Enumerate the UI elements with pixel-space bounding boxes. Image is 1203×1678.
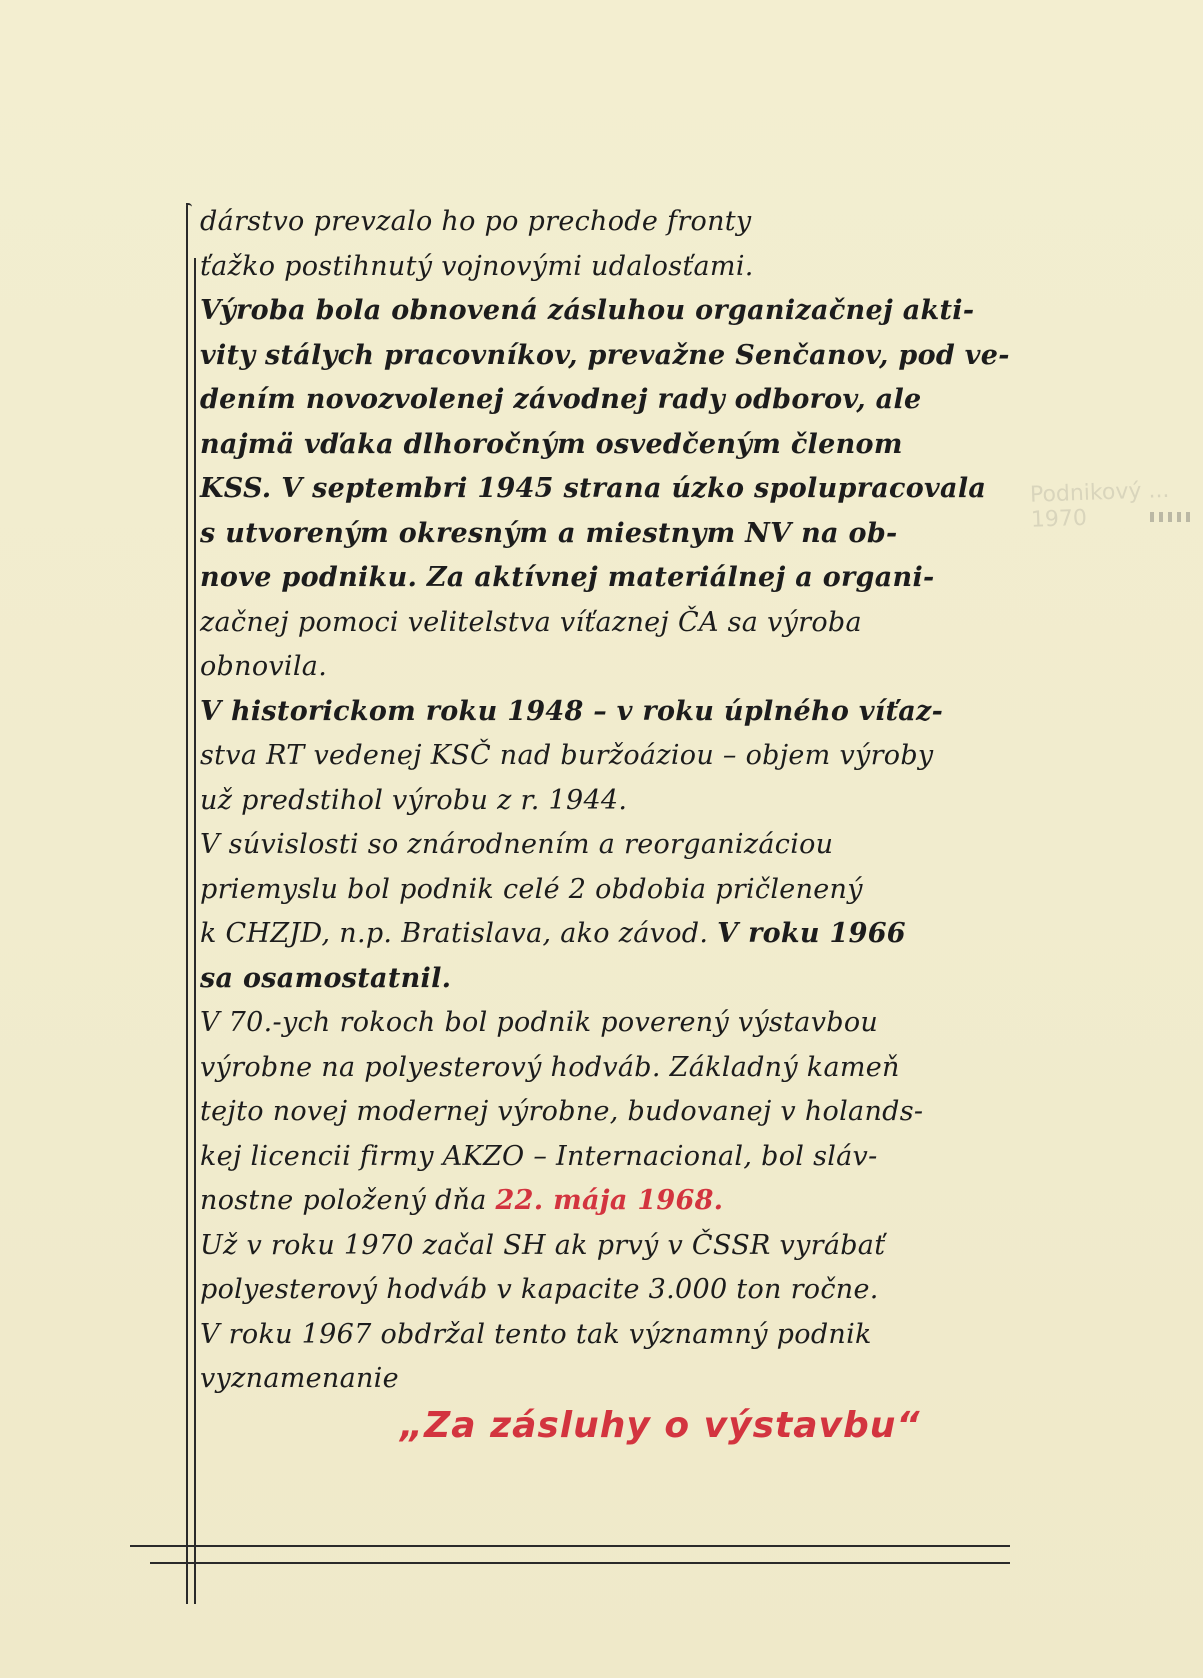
paper-blemish	[1150, 512, 1190, 522]
text-line: kej licencii firmy AKZO – Internacional,…	[200, 1135, 1040, 1180]
text-line: výrobne na polyesterový hodváb. Základný…	[200, 1046, 1040, 1091]
text-line: ťažko postihnutý vojnovými udalosťami.	[200, 245, 1040, 290]
text-line: dením novozvolenej závodnej rady odborov…	[200, 378, 1040, 423]
award-title-red: „Za zásluhy o výstavbu“	[400, 1405, 921, 1446]
text-line: V historickom roku 1948 – v roku úplného…	[200, 690, 1040, 735]
text-line: vity stálych pracovníkov, prevažne Senča…	[200, 334, 1040, 379]
text-line: už predstihol výrobu z r. 1944.	[200, 779, 1040, 824]
text-line: V 70.-ych rokoch bol podnik poverený výs…	[200, 1001, 1040, 1046]
text-segment: nostne položený dňa	[200, 1185, 487, 1216]
text-line: sa osamostatnil.	[200, 957, 1040, 1002]
text-line: tejto novej modernej výrobne, budovanej …	[200, 1090, 1040, 1135]
bottom-rule-upper	[130, 1545, 1010, 1547]
text-line: polyesterový hodváb v kapacite 3.000 ton…	[200, 1268, 1040, 1313]
margin-rule-inner	[194, 258, 196, 1604]
text-line: najmä vďaka dlhoročným osvedčeným členom	[200, 423, 1040, 468]
year-1966-emphasis: V roku 1966	[717, 918, 906, 949]
text-line: stva RT vedenej KSČ nad buržoáziou – obj…	[200, 734, 1040, 779]
show-through-text: Podnikový ... 1970	[1030, 478, 1201, 1083]
text-line: s utvoreným okresným a miestnym NV na ob…	[200, 512, 1040, 557]
margin-rule-outer	[186, 204, 188, 1604]
text-line: obnovila.	[200, 645, 1040, 690]
text-line: vyznamenanie	[200, 1357, 1040, 1402]
text-line: nostne položený dňa 22. mája 1968.	[200, 1179, 1040, 1224]
text-line: V roku 1967 obdržal tento tak významný p…	[200, 1313, 1040, 1358]
text-line: dárstvo prevzalo ho po prechode fronty	[200, 200, 1040, 245]
text-line: k CHZJD, n.p. Bratislava, ako závod. V r…	[200, 912, 1040, 957]
text-line: KSS. V septembri 1945 strana úzko spolup…	[200, 467, 1040, 512]
document-page: Podnikový ... 1970 dárstvo prevzalo ho p…	[0, 0, 1203, 1678]
text-line: nove podniku. Za aktívnej materiálnej a …	[200, 556, 1040, 601]
text-line: priemyslu bol podnik celé 2 obdobia prič…	[200, 868, 1040, 913]
handwritten-text-block: dárstvo prevzalo ho po prechode fronty ť…	[200, 200, 1040, 1402]
text-segment: k CHZJD, n.p. Bratislava, ako závod.	[200, 918, 708, 949]
text-line: V súvislosti so znárodnením a reorganizá…	[200, 823, 1040, 868]
text-line: Už v roku 1970 začal SH ak prvý v ČSSR v…	[200, 1224, 1040, 1269]
foundation-date-red: 22. mája 1968.	[496, 1185, 724, 1216]
bottom-rule-lower	[150, 1562, 1010, 1564]
text-line: začnej pomoci velitelstva víťaznej ČA sa…	[200, 601, 1040, 646]
text-line: Výroba bola obnovená zásluhou organizačn…	[200, 289, 1040, 334]
